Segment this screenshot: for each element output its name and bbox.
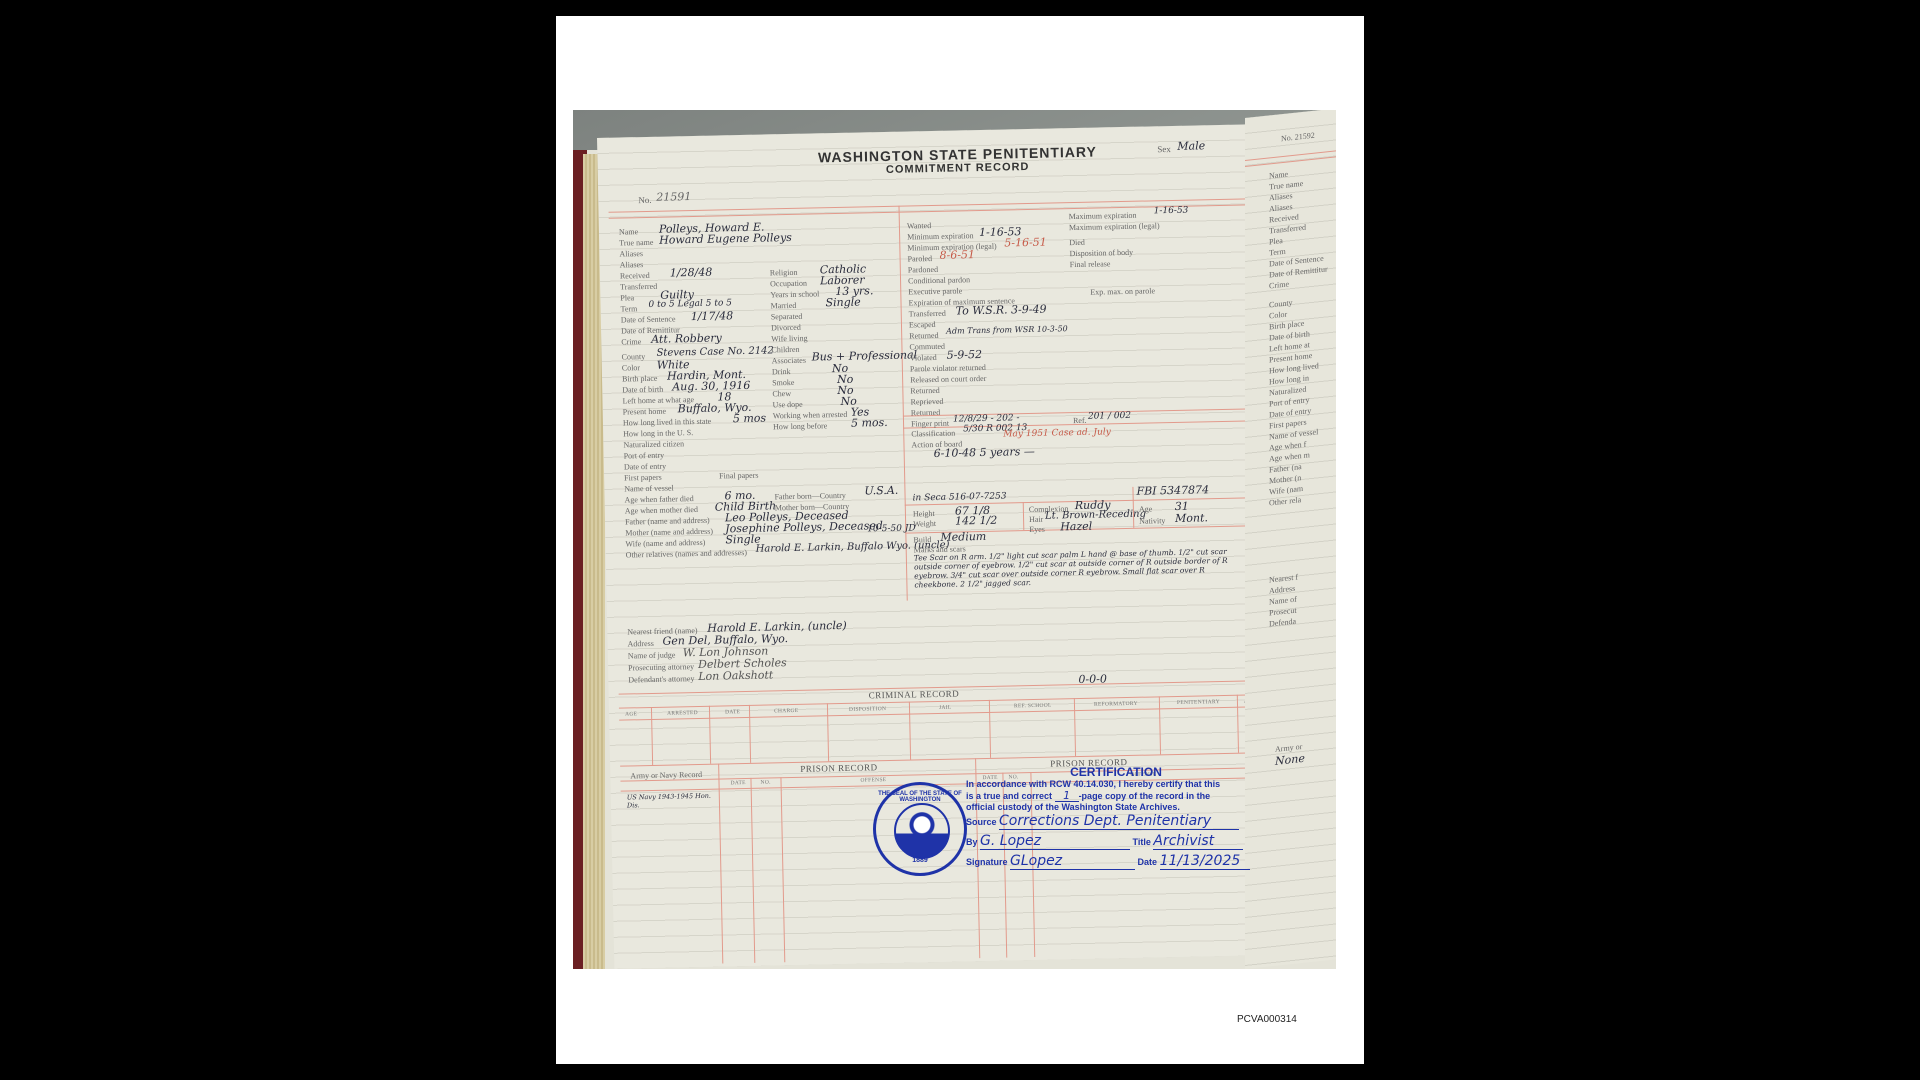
sex-value: Male xyxy=(1177,139,1205,153)
document-id-stamp: PCVA000314 xyxy=(1237,1014,1297,1025)
page-count: 1 xyxy=(1055,790,1079,802)
signature-field: GLopez xyxy=(1010,853,1135,870)
scanned-page: WASHINGTON STATE PENITENTIARY COMMITMENT… xyxy=(556,16,1364,1064)
title-field: Archivist xyxy=(1153,833,1243,850)
certification-stamp: CERTIFICATION In accordance with RCW 40.… xyxy=(966,765,1266,873)
army-navy-value: US Navy 1943-1945 Hon. Dis. xyxy=(627,792,717,810)
washington-portrait-icon xyxy=(894,803,950,859)
record-title: WASHINGTON STATE PENITENTIARY COMMITMENT… xyxy=(807,143,1108,177)
record-number-label: No. xyxy=(638,195,651,205)
date-field: 11/13/2025 xyxy=(1160,853,1250,870)
by-field: G. Lopez xyxy=(980,833,1130,850)
criminal-record-title: CRIMINAL RECORD xyxy=(869,689,960,701)
sex-label: Sex xyxy=(1157,144,1171,154)
source-field: Corrections Dept. Penitentiary xyxy=(999,813,1239,830)
prison-record-title: PRISON RECORD xyxy=(800,762,877,774)
record-number: 21591 xyxy=(656,190,691,204)
marks-and-scars: Tee Scar on R arm. 1/2" light cut scar p… xyxy=(914,547,1245,590)
washington-state-seal-icon: THE SEAL OF THE STATE OF WASHINGTON 1889 xyxy=(873,782,967,876)
ledger-photo: WASHINGTON STATE PENITENTIARY COMMITMENT… xyxy=(573,110,1336,969)
